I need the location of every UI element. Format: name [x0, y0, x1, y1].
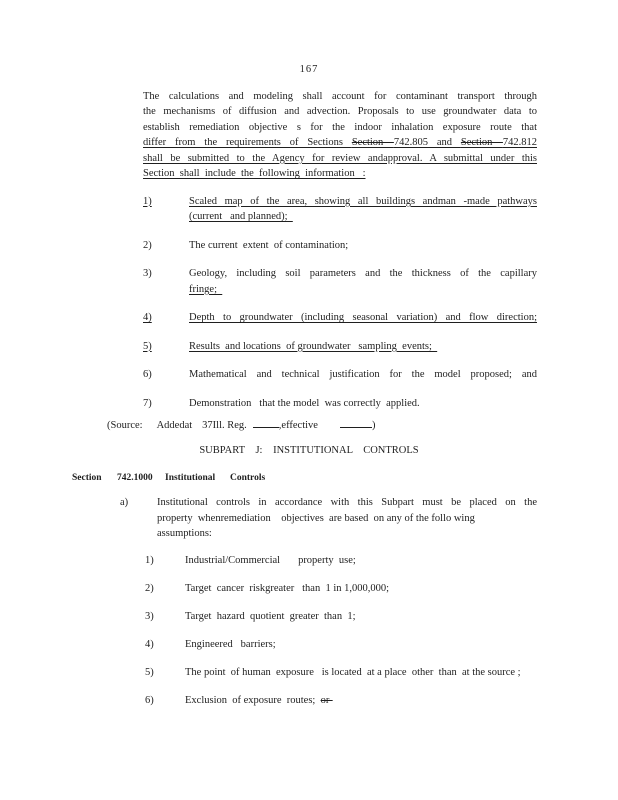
text-line: differ from the requirements of Sections…	[143, 135, 537, 151]
text-line: Scaled map of the area, showing all buil…	[189, 194, 537, 210]
text-run: Exclusion of exposure routes;	[185, 695, 321, 706]
underlined-text: Depth to groundwater (including seasonal…	[189, 312, 537, 323]
text-line: establish remediation objective s for th…	[143, 120, 537, 136]
text-line: Demonstration that the model was correct…	[189, 396, 537, 412]
text-line: the mechanisms of diffusion and advectio…	[143, 104, 537, 120]
list-item: 3)Geology, including soil parameters and…	[143, 266, 537, 297]
list-item: 1)Scaled map of the area, showing all bu…	[143, 194, 537, 225]
item-number: 2)	[143, 238, 189, 254]
text-line: (current and planned);	[189, 209, 537, 225]
item-number: 7)	[143, 396, 189, 412]
page-number: 167	[0, 62, 618, 78]
text-run: Target cancer riskgreater than 1 in 1,00…	[185, 583, 389, 594]
spacer	[280, 562, 298, 563]
text-line: fringe;	[189, 282, 537, 298]
text-run: Addedat	[157, 420, 193, 431]
item-number: 4)	[143, 310, 189, 326]
item-number: 2)	[145, 581, 185, 597]
assumptions-list: 1)Industrial/Commercialproperty use;2)Ta…	[145, 553, 537, 709]
item-text: Geology, including soil parameters and t…	[189, 266, 537, 297]
item-number: 6)	[145, 693, 185, 709]
intro-paragraph: The calculations and modeling shall acco…	[143, 89, 537, 182]
item-number: 5)	[145, 665, 185, 681]
text-run: The point of human exposure is located a…	[185, 667, 521, 678]
list-item: 6)Exclusion of exposure routes; or-	[145, 693, 537, 709]
item-number: 6)	[143, 367, 189, 383]
text-run: Institutional controls in accordance wit…	[157, 497, 537, 508]
text-line: Exclusion of exposure routes; or-	[185, 693, 537, 709]
text-run: establish remediation objective s for th…	[143, 122, 537, 133]
item-text: Engineered barriers;	[185, 637, 537, 653]
text-run: assumptions:	[157, 528, 212, 539]
text-line: Results and locations of groundwater sam…	[189, 339, 537, 355]
item-number: 3)	[143, 266, 189, 297]
text-line: Industrial/Commercialproperty use;	[185, 553, 537, 569]
list-item: 5)The point of human exposure is located…	[145, 665, 537, 681]
underlined-text: 742.812	[503, 137, 537, 148]
spacer	[318, 427, 340, 428]
item-text: The point of human exposure is located a…	[185, 665, 537, 681]
spacer	[192, 427, 202, 428]
list-item: 1)Industrial/Commercialproperty use;	[145, 553, 537, 569]
text-run: Industrial/Commercial	[185, 555, 280, 566]
text-run: Geology, including soil parameters and t…	[189, 268, 537, 279]
blank-field	[340, 419, 372, 428]
text-run: ,effective	[279, 420, 318, 431]
section-heading-word: Section	[72, 472, 117, 485]
document-page: 167 The calculations and modeling shall …	[0, 0, 618, 800]
underlined-text: 742.805 and	[394, 137, 461, 148]
section-heading: Section742.1000InstitutionalControls	[72, 472, 618, 485]
text-line: Target hazard quotient greater than 1;	[185, 609, 537, 625]
text-line: The point of human exposure is located a…	[185, 665, 537, 681]
list-item: 4)Depth to groundwater (including season…	[143, 310, 537, 326]
item-text: Industrial/Commercialproperty use;	[185, 553, 537, 569]
text-run: )	[372, 420, 376, 431]
list-item: 2)Target cancer riskgreater than 1 in 1,…	[145, 581, 537, 597]
struck-text: or-	[321, 695, 333, 706]
text-run: Target hazard quotient greater than 1;	[185, 611, 356, 622]
underlined-text: differ from the requirements of Sections	[143, 137, 352, 148]
item-number: 4)	[145, 637, 185, 653]
text-run: 37Ill. Reg.	[202, 420, 247, 431]
text-line: Institutional controls in accordance wit…	[157, 495, 537, 511]
item-text: Scaled map of the area, showing all buil…	[189, 194, 537, 225]
text-line: Section shall include the following info…	[143, 166, 537, 182]
text-run: The calculations and modeling shall acco…	[143, 91, 537, 102]
item-text: Institutional controls in accordance wit…	[157, 495, 537, 542]
text-line: The current extent of contamination;	[189, 238, 537, 254]
struck-text: Section—	[461, 137, 503, 148]
text-run: property whenremediation objectives are …	[157, 513, 475, 524]
struck-text: Section—	[352, 137, 394, 148]
item-text: Target cancer riskgreater than 1 in 1,00…	[185, 581, 537, 597]
item-number: 1)	[145, 553, 185, 569]
text-run: The current extent of contamination;	[189, 240, 348, 251]
text-run: (Source:	[107, 420, 143, 431]
blank-field	[253, 419, 279, 428]
item-number: 3)	[145, 609, 185, 625]
underlined-text: Scaled map of the area, showing all buil…	[189, 196, 537, 207]
list-item: 5)Results and locations of groundwater s…	[143, 339, 537, 355]
spacer	[143, 427, 157, 428]
item-text: Depth to groundwater (including seasonal…	[189, 310, 537, 326]
item-text: Exclusion of exposure routes; or-	[185, 693, 537, 709]
list-item: 6)Mathematical and technical justificati…	[143, 367, 537, 383]
text-run: property use;	[298, 555, 356, 566]
text-run: Demonstration that the model was correct…	[189, 398, 420, 409]
section-heading-word: Controls	[230, 472, 265, 485]
item-text: Mathematical and technical justification…	[189, 367, 537, 383]
text-line: Depth to groundwater (including seasonal…	[189, 310, 537, 326]
section-heading-word: 742.1000	[117, 472, 165, 485]
list-item: 4)Engineered barriers;	[145, 637, 537, 653]
text-line: property whenremediation objectives are …	[157, 511, 537, 527]
submittal-requirements-list: 1)Scaled map of the area, showing all bu…	[143, 194, 537, 412]
text-line: assumptions:	[157, 526, 537, 542]
text-line: Target cancer riskgreater than 1 in 1,00…	[185, 581, 537, 597]
item-text: The current extent of contamination;	[189, 238, 537, 254]
item-number: 1)	[143, 194, 189, 225]
text-run: the mechanisms of diffusion and advectio…	[143, 106, 537, 117]
section-heading-word: Institutional	[165, 472, 230, 485]
underlined-text: shall be submitted to the Agency for rev…	[143, 153, 537, 164]
subsection-a: a)Institutional controls in accordance w…	[120, 495, 537, 542]
item-text: Target hazard quotient greater than 1;	[185, 609, 537, 625]
underlined-text: Section shall include the following info…	[143, 168, 366, 179]
underlined-text: (current and planned);	[189, 211, 293, 222]
underlined-text: fringe;	[189, 284, 222, 295]
item-letter: a)	[120, 495, 157, 542]
text-run: Mathematical and technical justification…	[189, 369, 537, 380]
text-line: The calculations and modeling shall acco…	[143, 89, 537, 105]
text-line: Geology, including soil parameters and t…	[189, 266, 537, 282]
text-run: Engineered barriers;	[185, 639, 276, 650]
subpart-heading: SUBPART J: INSTITUTIONAL CONTROLS	[0, 443, 618, 459]
item-text: Results and locations of groundwater sam…	[189, 339, 537, 355]
list-item: 3)Target hazard quotient greater than 1;	[145, 609, 537, 625]
source-note: (Source:Addedat37Ill. Reg.,effective)	[107, 418, 537, 434]
text-line: shall be submitted to the Agency for rev…	[143, 151, 537, 167]
item-number: 5)	[143, 339, 189, 355]
text-line: Engineered barriers;	[185, 637, 537, 653]
text-line: Mathematical and technical justification…	[189, 367, 537, 383]
list-item: 7)Demonstration that the model was corre…	[143, 396, 537, 412]
item-text: Demonstration that the model was correct…	[189, 396, 537, 412]
underlined-text: Results and locations of groundwater sam…	[189, 341, 437, 352]
list-item: 2)The current extent of contamination;	[143, 238, 537, 254]
